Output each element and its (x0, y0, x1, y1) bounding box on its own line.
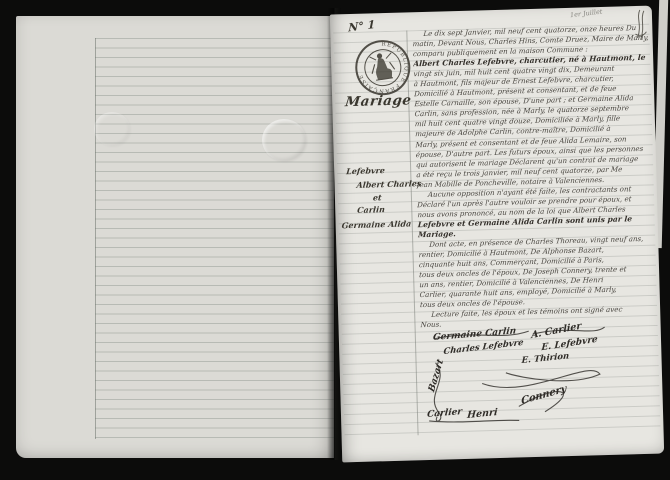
left-page (16, 16, 334, 458)
left-page-margin-rule (95, 38, 96, 439)
scanned-register-spread: N° 1 1er Juillet RÉPUBLIQUE FRANÇAISE Ma… (0, 0, 670, 480)
embossed-seal (262, 119, 306, 161)
margin-name-line: Albert Charles (356, 178, 422, 190)
signature-block: Germaine Carlin Charles Lefebvre A. Carl… (421, 323, 662, 434)
seated-marianne-figure (369, 51, 396, 80)
margin-name-line: Germaine Alida (341, 218, 411, 230)
margin-title-mariage: Mariage (344, 92, 412, 110)
act-body-text: Le dix sept Janvier, mil neuf cent quato… (412, 23, 658, 331)
republique-francaise-stamp: RÉPUBLIQUE FRANÇAISE (350, 35, 415, 100)
left-page-ruled-lines (95, 38, 334, 439)
right-page: N° 1 1er Juillet RÉPUBLIQUE FRANÇAISE Ma… (330, 6, 664, 463)
margin-name-line: et (373, 192, 383, 202)
embossed-seal-faint (94, 112, 130, 146)
margin-name-line: Carlin (357, 204, 385, 215)
margin-name-line: Lefebvre (346, 165, 386, 176)
date-annotation: 1er Juillet (570, 8, 603, 20)
